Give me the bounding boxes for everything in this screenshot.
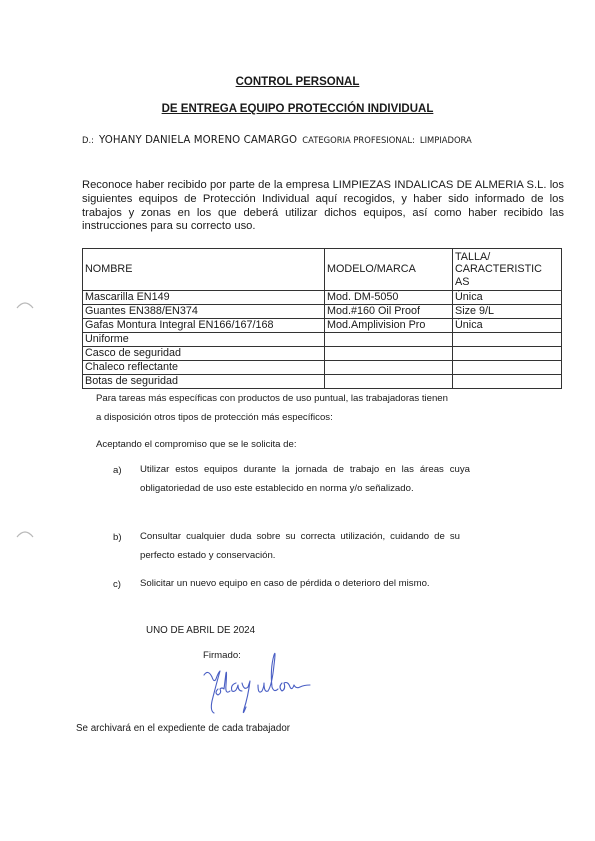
document-title: CONTROL PERSONAL: [0, 76, 595, 88]
document-date: UNO DE ABRIL DE 2024: [146, 625, 255, 636]
cell-nombre: Botas de seguridad: [83, 375, 325, 389]
cell-modelo: [325, 347, 453, 361]
commitment-text: Utilizar estos equipos durante la jornad…: [140, 460, 470, 498]
table-row: Mascarilla EN149 Mod. DM-5050 Única: [83, 291, 562, 305]
cell-nombre: Chaleco reflectante: [83, 361, 325, 375]
commitment-letter: c): [113, 579, 121, 590]
cell-nombre: Gafas Montura Integral EN166/167/168: [83, 319, 325, 333]
epi-table: NOMBRE MODELO/MARCA TALLA/CARACTERISTICA…: [82, 248, 562, 389]
cell-modelo: [325, 375, 453, 389]
cell-talla: [453, 333, 562, 347]
cell-talla: [453, 375, 562, 389]
archive-note: Se archivará en el expediente de cada tr…: [76, 723, 290, 734]
cell-talla: Única: [453, 319, 562, 333]
category-value: LIMPIADORA: [420, 135, 472, 145]
header-talla: TALLA/CARACTERISTICAS: [453, 249, 562, 291]
table-row: Chaleco reflectante: [83, 361, 562, 375]
table-row: Casco de seguridad: [83, 347, 562, 361]
table-row: Gafas Montura Integral EN166/167/168 Mod…: [83, 319, 562, 333]
handwritten-signature: [200, 645, 350, 725]
commitment-letter: a): [113, 465, 122, 476]
cell-modelo: Mod.Amplivision Pro: [325, 319, 453, 333]
intro-paragraph: Reconoce haber recibido por parte de la …: [82, 179, 564, 234]
category-label: CATEGORIA PROFESIONAL:: [302, 135, 415, 145]
cell-talla: Size 9/L: [453, 305, 562, 319]
cell-nombre: Uniforme: [83, 333, 325, 347]
cell-talla: [453, 347, 562, 361]
note-paragraph: Para tareas más específicas con producto…: [96, 389, 536, 427]
worker-name: YOHANY DANIELA MORENO CAMARGO: [99, 135, 297, 146]
note-line: Para tareas más específicas con producto…: [96, 389, 536, 408]
commitment-letter: b): [113, 532, 122, 543]
acceptance-statement: Aceptando el compromiso que se le solici…: [96, 435, 297, 454]
commitment-text: Consultar cualquier duda sobre su correc…: [140, 527, 460, 565]
cell-talla: Única: [453, 291, 562, 305]
cell-talla: [453, 361, 562, 375]
cell-modelo: Mod. DM-5050: [325, 291, 453, 305]
table-row: Uniforme: [83, 333, 562, 347]
cell-nombre: Casco de seguridad: [83, 347, 325, 361]
table-row: Botas de seguridad: [83, 375, 562, 389]
worker-info: D.: YOHANY DANIELA MORENO CAMARGO CATEGO…: [82, 128, 472, 147]
cell-nombre: Mascarilla EN149: [83, 291, 325, 305]
punch-hole-mark: [16, 528, 34, 538]
cell-nombre: Guantes EN388/EN374: [83, 305, 325, 319]
note-line: a disposición otros tipos de protección …: [96, 408, 536, 427]
cell-modelo: [325, 361, 453, 375]
worker-prefix: D.:: [82, 135, 94, 145]
header-modelo-marca: MODELO/MARCA: [325, 249, 453, 291]
table-row: Guantes EN388/EN374 Mod.#160 Oil Proof S…: [83, 305, 562, 319]
table-header-row: NOMBRE MODELO/MARCA TALLA/CARACTERISTICA…: [83, 249, 562, 291]
commitment-text: Solicitar un nuevo equipo en caso de pér…: [140, 574, 445, 593]
header-nombre: NOMBRE: [83, 249, 325, 291]
punch-hole-mark: [16, 299, 34, 309]
cell-modelo: Mod.#160 Oil Proof: [325, 305, 453, 319]
cell-modelo: [325, 333, 453, 347]
document-subtitle: DE ENTREGA EQUIPO PROTECCIÓN INDIVIDUAL: [0, 103, 595, 115]
